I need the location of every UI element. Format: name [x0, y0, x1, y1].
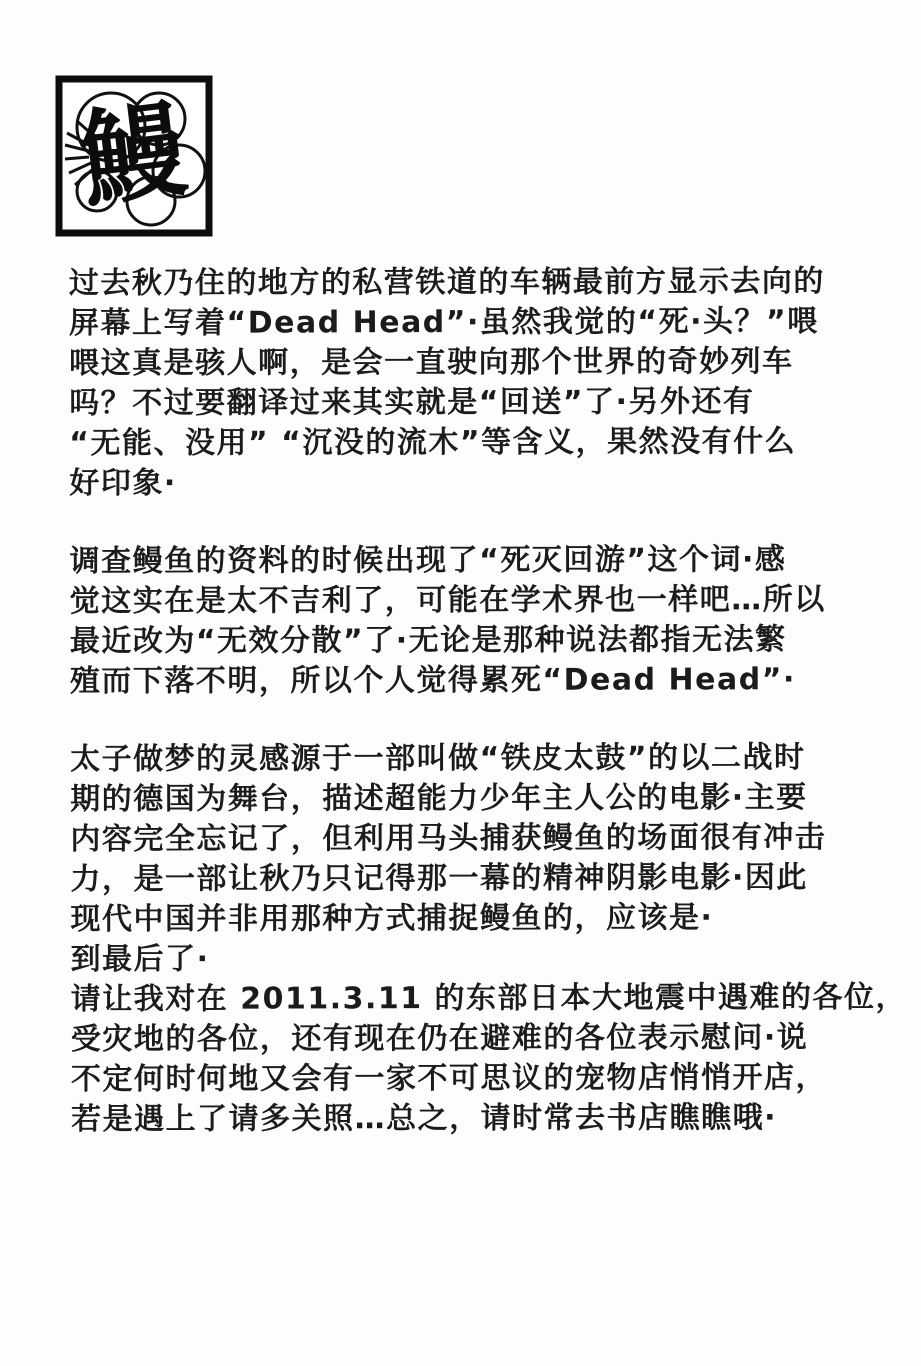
text-line: 期的德国为舞台，描述超能力少年主人公的电影·主要	[70, 778, 870, 820]
paragraph-dead-head: 过去秋乃住的地方的私营铁道的车辆最前方显示去向的 屏幕上写着“Dead Head…	[69, 262, 870, 504]
afterword-text: 过去秋乃住的地方的私营铁道的车辆最前方显示去向的 屏幕上写着“Dead Head…	[69, 262, 871, 1178]
text-line: 现代中国并非用那种方式捕捉鳗鱼的，应该是·	[70, 898, 870, 940]
paragraph-tin-drum-and-farewell: 太子做梦的灵感源于一部叫做“铁皮太鼓”的以二战时 期的德国为舞台，描述超能力少年…	[70, 738, 871, 1140]
text-line: 殖而下落不明，所以个人觉得累死“Dead Head”·	[70, 660, 870, 702]
text-line: 过去秋乃住的地方的私营铁道的车辆最前方显示去向的	[69, 262, 869, 304]
text-line: 请让我对在 2011.3.11 的东部日本大地震中遇难的各位，	[71, 978, 871, 1020]
eel-kanji: 鰻	[74, 88, 192, 222]
text-line: 吗？不过要翻译过来其实就是“回送”了·另外还有	[69, 382, 869, 424]
text-line: 喂这真是骇人啊，是会一直驶向那个世界的奇妙列车	[69, 342, 869, 384]
text-line: 不定何时何地又会有一家不可思议的宠物店悄悄开店，	[71, 1058, 871, 1100]
text-line: 受灾地的各位，还有现在仍在避难的各位表示慰问·说	[71, 1018, 871, 1060]
eel-stamp-graphic: 鰻	[55, 75, 213, 237]
text-line: 到最后了·	[71, 938, 871, 980]
text-line: 调查鳗鱼的资料的时候出现了“死灭回游”这个词·感	[70, 540, 870, 582]
text-line: 若是遇上了请多关照…总之，请时常去书店瞧瞧哦·	[71, 1098, 871, 1140]
eel-stamp: 鰻	[55, 75, 213, 237]
text-line: “无能、没用” “沉没的流木”等含义，果然没有什么	[69, 422, 869, 464]
scanned-page: 鰻 过去秋乃住的地方的私营铁道的车辆最前方显示去向的 屏幕上写着“Dead He…	[0, 0, 921, 1366]
text-line: 觉这实在是太不吉利了，可能在学术界也一样吧…所以	[70, 580, 870, 622]
text-line: 内容完全忘记了，但利用马头捕获鳗鱼的场面很有冲击	[70, 818, 870, 860]
text-line: 好印象·	[69, 462, 869, 504]
paragraph-eel-research: 调查鳗鱼的资料的时候出现了“死灭回游”这个词·感 觉这实在是太不吉利了，可能在学…	[70, 540, 870, 702]
text-line: 力，是一部让秋乃只记得那一幕的精神阴影电影·因此	[70, 858, 870, 900]
text-line: 太子做梦的灵感源于一部叫做“铁皮太鼓”的以二战时	[70, 738, 870, 780]
text-line: 屏幕上写着“Dead Head”·虽然我觉的“死·头？”喂	[69, 302, 869, 344]
text-line: 最近改为“无效分散”了·无论是那种说法都指无法繁	[70, 620, 870, 662]
